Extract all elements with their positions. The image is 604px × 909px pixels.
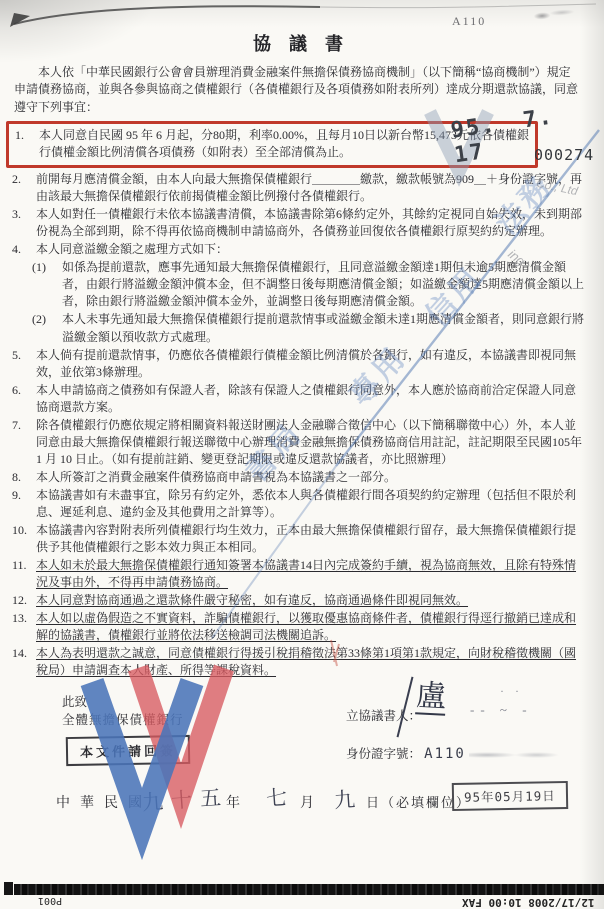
year-label: 年 — [226, 792, 240, 812]
clause-number: 13. — [12, 610, 36, 627]
clause-8: 8.本人所簽訂之消費金融案件債務協商申請書視為本協議書之一部分。 — [12, 469, 584, 486]
fax-page-number: P001 — [38, 895, 62, 906]
scan-noise-band — [14, 884, 604, 895]
clause-number: 3. — [12, 206, 36, 223]
faded-handwriting-artifact: · · — [500, 684, 523, 699]
document-body: 協議書 本人依「中華民國銀行公會會員辦理消費金融案件無擔保債務協商機制」（以下簡… — [0, 0, 604, 679]
clause-text: 本人倘有提前還款情事，仍應依各債權銀行債權金額比例清償於各銀行，如有違反，本協議… — [36, 348, 576, 379]
roc-era-label: 中華民國 — [56, 792, 152, 812]
clause-text: 本人同意溢繳金額之處理方式如下： — [36, 242, 228, 256]
serial-number-stamp: 000274 — [534, 146, 594, 164]
faded-handwriting-artifact: -- ~ - — [470, 702, 533, 718]
clause-number: 14. — [12, 645, 36, 662]
clause-number: 11. — [12, 557, 36, 574]
clause-text: 除各債權銀行仍應依規定將相關資料報送財團法人金融聯合徵信中心（以下簡稱聯徵中心）… — [36, 418, 582, 466]
clause-7: 7.除各債權銀行仍應依規定將相關資料報送財團法人金融聯合徵信中心（以下簡稱聯徵中… — [12, 417, 584, 468]
clause-text: 本人如未於最大無擔保債權銀行通知簽署本協議書14日內完成簽約手續，視為協商無效，… — [36, 558, 576, 589]
clause-number: 2. — [12, 171, 36, 188]
clause-number: 12. — [12, 592, 36, 609]
clause-text: 本人如對任一債權銀行未依本協議書清償，本協議書除第6條約定外，其餘約定視同自始失… — [36, 207, 582, 238]
redacted-id-artifact — [469, 750, 559, 760]
clause-6: 6.本人申請協商之債務如有保證人者，除該有保證人之債權銀行同意外，本人應於協商前… — [12, 382, 584, 416]
clause-number: 10. — [12, 522, 36, 539]
id-value: A110 — [424, 746, 466, 762]
clause-text: 本協議書如有未盡事宜，除另有約定外，悉依本人與各債權銀行間各項契約約定辦理（包括… — [36, 488, 576, 519]
handwritten-year: 九十五 — [141, 781, 230, 817]
clause-number: 9. — [12, 487, 36, 504]
clause-12: 12.本人同意對協商通過之還款條件嚴守秘密，如有違反，協商通過條件即視同無效。 — [12, 592, 584, 609]
clause-5: 5.本人倘有提前還款情事，仍應依各債權銀行債權金額比例清償於各銀行，如有違反，本… — [12, 347, 584, 381]
clause-14: 14.本人為表明還款之誠意，同意債權銀行得援引稅捐稽徵法第33條第1項第1款規定… — [12, 645, 584, 679]
month-label: 月 — [300, 792, 314, 812]
clause-2: 2.前開每月應清償金額，由本人向最大無擔保債權銀行＿＿＿＿繳款，繳款帳號為909… — [12, 171, 584, 205]
scan-band-notch — [4, 882, 13, 895]
handwritten-month: 七 — [265, 781, 288, 812]
date-line: 中華民國 九十五 年 七 月 九 日（必填欄位） 95年05月19日 — [0, 782, 604, 822]
clause-3: 3.本人如對任一債權銀行未依本協議書清償，本協議書除第6條約定外，其餘約定視同自… — [12, 206, 584, 240]
id-line: 身份證字號： A110 — [346, 744, 559, 762]
clause-text: 本協議書內容對附表所列債權銀行均生效力，正本由最大無擔保債權銀行留存，最大無擔保… — [36, 523, 576, 554]
salutation: 此致 — [62, 692, 87, 710]
clause-4-sub-2: (2)本人未事先通知最大無擔保債權銀行提前還款情事或溢繳金額未達1期應清償金額者… — [12, 311, 584, 345]
clause-text: 本人未事先通知最大無擔保債權銀行提前還款情事或溢繳金額未達1期應清償金額者，則同… — [62, 312, 584, 343]
clause-text: 前開每月應清償金額，由本人向最大無擔保債權銀行＿＿＿＿繳款，繳款帳號為909＿＋… — [36, 172, 582, 203]
clause-number: 7. — [12, 417, 36, 434]
handwritten-signature: 盧 — [415, 679, 447, 716]
clause-text: 本人同意對協商通過之還款條件嚴守秘密，如有違反，協商通過條件即視同無效。 — [36, 593, 468, 607]
clause-text: 本人申請協商之債務如有保證人者，除該有保證人之債權銀行同意外，本人應於協商前洽定… — [36, 383, 576, 414]
clause-13: 13.本人如以虛偽假造之不實資料，詐騙債權銀行，以獲取優惠協商條件者，債權銀行得… — [12, 610, 584, 644]
clause-text: 本人如以虛偽假造之不實資料，詐騙債權銀行，以獲取優惠協商條件者，債權銀行得逕行撤… — [36, 611, 576, 642]
return-note-stamp: 本文件請回簽 — [66, 735, 191, 766]
clause-number: 1. — [15, 127, 39, 144]
clause-text: 本人為表明還款之誠意，同意債權銀行得援引稅捐稽徵法第33條第1項第1款規定，向財… — [36, 646, 576, 677]
clause-number: (1) — [32, 259, 62, 276]
fax-header-line: 12/17/2008 10:00 FAX — [462, 896, 594, 909]
clause-10: 10.本協議書內容對附表所列債權銀行均生效力，正本由最大無擔保債權銀行留存，最大… — [12, 522, 584, 556]
document-title: 協議書 — [12, 30, 584, 56]
clause-number: (2) — [32, 311, 62, 328]
intro-paragraph: 本人依「中華民國銀行公會會員辦理消費金融案件無擔保債務協商機制」（以下簡稱“協商… — [14, 64, 580, 116]
clause-4: 4.本人同意溢繳金額之處理方式如下： — [12, 241, 584, 258]
clause-11: 11.本人如未於最大無擔保債權銀行通知簽署本協議書14日內完成簽約手續，視為協商… — [12, 557, 584, 591]
clause-number: 5. — [12, 347, 36, 364]
received-date-stamp: 95年05月19日 — [452, 781, 568, 811]
signer-label: 立協議書人： — [346, 706, 421, 724]
clause-text: 如係為提前還款，應事先通知最大無擔保債權銀行，且同意溢繳金額達1期但未逾5期應清… — [62, 260, 584, 308]
clause-number: 6. — [12, 382, 36, 399]
addressee: 全體無擔保債權銀行 — [62, 710, 184, 728]
clause-number: 8. — [12, 469, 36, 486]
clause-4-sub-1: (1)如係為提前還款，應事先通知最大無擔保債權銀行，且同意溢繳金額達1期但未逾5… — [12, 259, 584, 310]
clause-text: 本人所簽訂之消費金融案件債務協商申請書視為本協議書之一部分。 — [36, 470, 396, 484]
id-label: 身份證字號： — [346, 747, 421, 761]
clause-number: 4. — [12, 241, 36, 258]
handwritten-day: 九 — [333, 783, 356, 814]
scanned-agreement-page: A110 協議書 本人依「中華民國銀行公會會員辦理消費金融案件無擔保債務協商機制… — [0, 0, 604, 909]
clause-9: 9.本協議書如有未盡事宜，除另有約定外，悉依本人與各債權銀行間各項契約約定辦理（… — [12, 487, 584, 521]
